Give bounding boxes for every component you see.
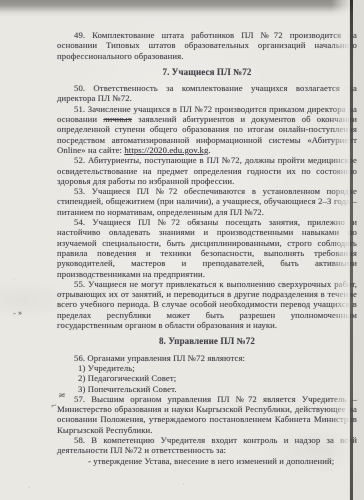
paragraph-51-text-end: . bbox=[208, 145, 210, 155]
paragraph-54: 54. Учащиеся ПЛ №72 обязаны посещать зан… bbox=[57, 217, 357, 279]
pen-tick-icon: ⌐ bbox=[51, 402, 58, 411]
management-list-item-3: 3) Попечительский Совет. bbox=[57, 384, 357, 394]
scan-top-shadow bbox=[0, 0, 364, 17]
paragraph-55: 55. Учащиеся не могут привлекаться к вып… bbox=[57, 279, 357, 330]
section-8-heading: 8. Управление ПЛ №72 bbox=[57, 336, 357, 346]
paragraph-53: 53. Учащиеся ПЛ №72 обеспечиваются в уст… bbox=[57, 186, 357, 217]
management-list-item-2: 2) Педагогический Совет; bbox=[57, 373, 357, 383]
pen-mark-icon: -⁎ bbox=[12, 308, 24, 318]
paragraph-57: 57. Высшим органом управления ПЛ №72 явл… bbox=[57, 394, 357, 435]
paragraph-49: 49. Комплектование штата работников ПЛ №… bbox=[57, 30, 357, 61]
scanned-document-page: -⁎ ≠ ⌐ 49. Комплектование штата работник… bbox=[0, 0, 364, 500]
admission-site-url: https://2020.edu.gov.kg bbox=[124, 145, 208, 155]
paragraph-56-intro: 56. Органами управления ПЛ №72 являются: bbox=[57, 353, 357, 363]
paragraph-51: 51. Зачисление учащихся в ПЛ №72 произво… bbox=[57, 104, 357, 155]
pen-scribble-icon: ≠ bbox=[57, 391, 66, 401]
paragraph-58-intro: 58. В компетенцию Учредителя входит конт… bbox=[57, 435, 357, 456]
document-text-column: 49. Комплектование штата работников ПЛ №… bbox=[57, 30, 357, 466]
management-list-item-1: 1) Учредитель; bbox=[57, 363, 357, 373]
section-7-heading: 7. Учащиеся ПЛ №72 bbox=[57, 67, 357, 77]
founder-duty-item-1: - утверждение Устава, внесение в него из… bbox=[57, 456, 357, 466]
paragraph-50: 50. Ответственность за комплектование уч… bbox=[57, 83, 357, 104]
paragraph-52: 52. Абитуриенты, поступающие в ПЛ №72, д… bbox=[57, 155, 357, 186]
struck-out-word: личных bbox=[103, 114, 132, 124]
